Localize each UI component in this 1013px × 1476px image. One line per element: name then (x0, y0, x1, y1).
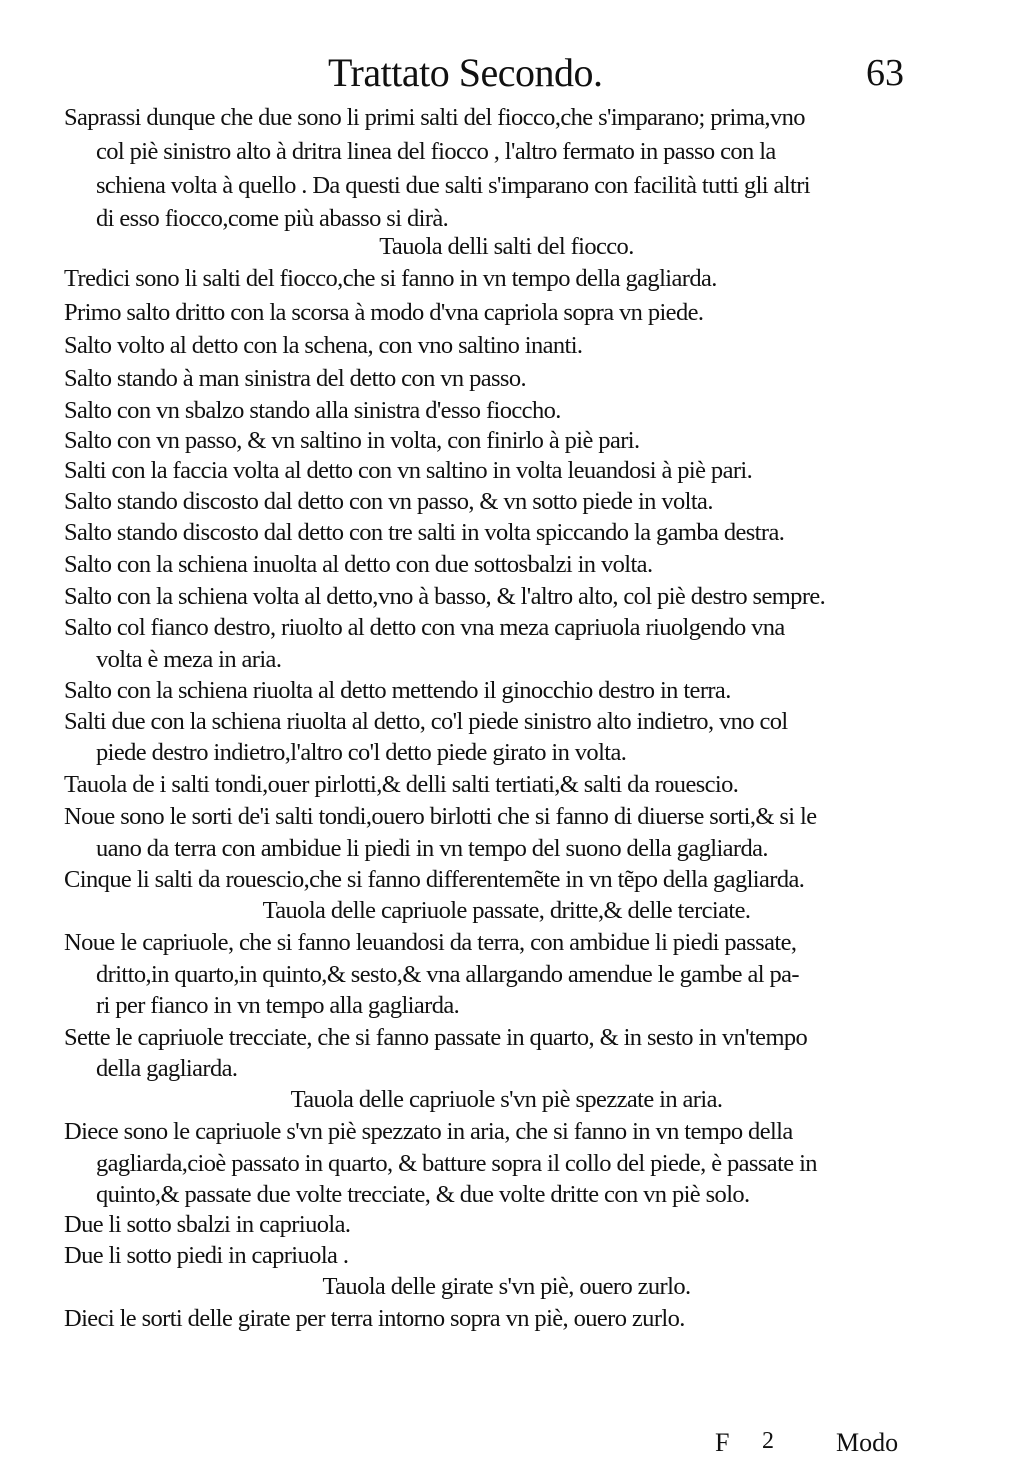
text-line: di esso fiocco,come più abasso si dirà. (96, 204, 976, 234)
section-heading: Tauola delle girate s'vn piè, ouero zurl… (0, 1272, 1013, 1302)
document-page: Trattato Secondo. 63 Saprassi dunque che… (0, 0, 1013, 1476)
text-line: piede destro indietro,l'altro co'l detto… (96, 738, 976, 768)
text-line: Salto con la schiena riuolta al detto me… (64, 676, 944, 706)
text-line: Saprassi dunque che due sono li primi sa… (64, 103, 944, 133)
text-line: Primo salto dritto con la scorsa à modo … (64, 298, 944, 328)
section-heading: Tauola delle capriuole s'vn piè spezzate… (0, 1085, 1013, 1115)
text-line: schiena volta à quello . Da questi due s… (96, 171, 976, 201)
text-line: Cinque li salti da rouescio,che si fanno… (64, 865, 944, 895)
text-line: ri per fianco in vn tempo alla gagliarda… (96, 991, 976, 1021)
text-line: Diece sono le capriuole s'vn piè spezzat… (64, 1117, 944, 1147)
text-line: Due li sotto piedi in capriuola . (64, 1241, 944, 1271)
text-line: volta è meza in aria. (96, 645, 976, 675)
text-line: gagliarda,cioè passato in quarto, & batt… (96, 1149, 976, 1179)
text-line: della gagliarda. (96, 1054, 976, 1084)
signature-mark: F (715, 1428, 729, 1458)
text-line: Salti due con la schiena riuolta al dett… (64, 707, 944, 737)
page-number: 63 (866, 48, 904, 98)
text-line: Tauola de i salti tondi,ouer pirlotti,& … (64, 770, 944, 800)
signature-number: 2 (762, 1428, 774, 1455)
text-line: col piè sinistro alto à dritra linea del… (96, 137, 976, 167)
section-heading: Tauola delle capriuole passate, dritte,&… (0, 896, 1013, 926)
text-line: Salto stando discosto dal detto con vn p… (64, 487, 944, 517)
text-line: Due li sotto sbalzi in capriuola. (64, 1210, 944, 1240)
text-line: Tredici sono li salti del fiocco,che si … (64, 264, 944, 294)
section-heading: Tauola delli salti del fiocco. (0, 232, 1013, 262)
text-line: Salto volto al detto con la schena, con … (64, 331, 944, 361)
text-line: Salto stando à man sinistra del detto co… (64, 364, 944, 394)
text-line: Salti con la faccia volta al detto con v… (64, 456, 944, 486)
text-line: Noue sono le sorti de'i salti tondi,ouer… (64, 802, 944, 832)
text-line: Dieci le sorti delle girate per terra in… (64, 1304, 944, 1334)
running-title: Trattato Secondo. (328, 48, 602, 98)
page-header: Trattato Secondo. 63 (0, 48, 1013, 98)
text-line: dritto,in quarto,in quinto,& sesto,& vna… (96, 960, 976, 990)
text-line: Salto con la schiena volta al detto,vno … (64, 582, 944, 612)
text-line: quinto,& passate due volte trecciate, & … (96, 1180, 976, 1210)
page-footer: F 2 Modo (0, 1428, 1013, 1464)
text-line: Sette le capriuole trecciate, che si fan… (64, 1023, 944, 1053)
catchword: Modo (836, 1428, 898, 1458)
text-line: uano da terra con ambidue li piedi in vn… (96, 834, 976, 864)
text-line: Salto con la schiena inuolta al detto co… (64, 550, 944, 580)
text-line: Salto stando discosto dal detto con tre … (64, 518, 944, 548)
text-line: Salto con vn sbalzo stando alla sinistra… (64, 396, 944, 426)
text-line: Salto col fianco destro, riuolto al dett… (64, 613, 944, 643)
text-line: Noue le capriuole, che si fanno leuandos… (64, 928, 944, 958)
text-line: Salto con vn passo, & vn saltino in volt… (64, 426, 944, 456)
